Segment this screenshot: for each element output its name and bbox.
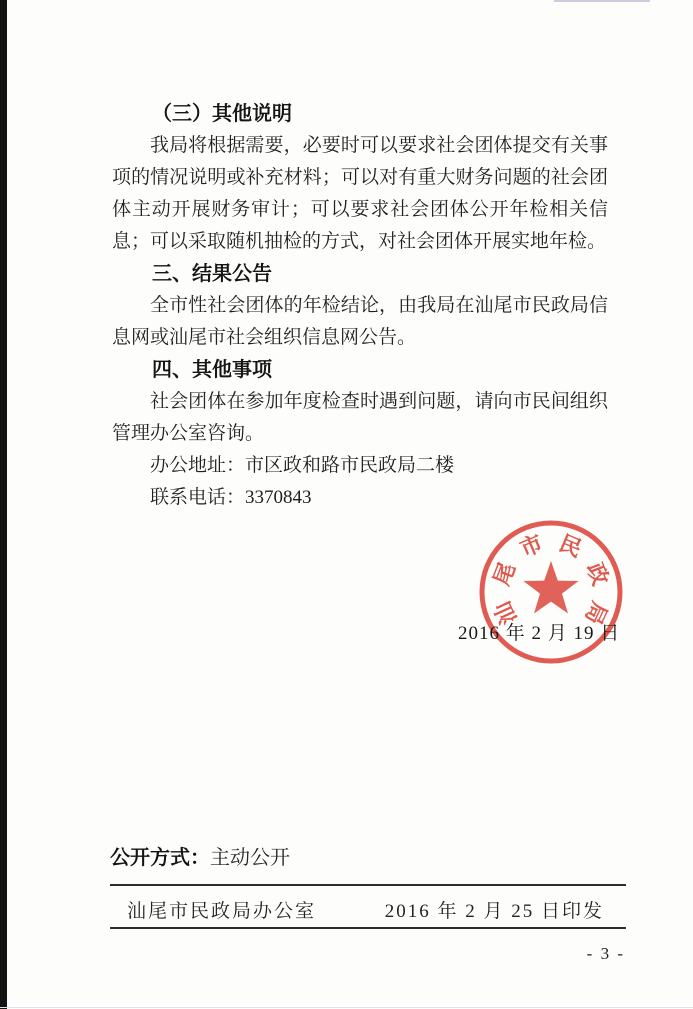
seal-char: 政 bbox=[582, 559, 613, 589]
section-heading-other-notes: （三）其他说明 bbox=[112, 98, 608, 130]
footer-row: 汕尾市民政局办公室 2016 年 2 月 25 日印发 bbox=[110, 892, 626, 926]
paragraph-other-notes: 我局将根据需要，必要时可以要求社会团体提交有关事项的情况说明或补充材料；可以对有… bbox=[112, 130, 608, 258]
footer-issuer: 汕尾市民政局办公室 bbox=[110, 896, 316, 923]
footer-divider-top bbox=[110, 884, 626, 886]
seal-char: 市 bbox=[516, 530, 546, 562]
page-number: - 3 - bbox=[587, 944, 625, 964]
office-address-line: 办公地址：市区政和路市民政局二楼 bbox=[112, 450, 608, 482]
publish-method-label: 公开方式： bbox=[110, 847, 210, 869]
paragraph-results: 全市性社会团体的年检结论，由我局在汕尾市民政局信息网或汕尾市社会组织信息网公告。 bbox=[112, 290, 608, 354]
document-page: （三）其他说明 我局将根据需要，必要时可以要求社会团体提交有关事项的情况说明或补… bbox=[0, 0, 693, 1009]
footer-print-date: 2016 年 2 月 25 日印发 bbox=[385, 896, 626, 923]
contact-phone-line: 联系电话：3370843 bbox=[112, 482, 608, 514]
sign-date: 2016 年 2 月 19 日 bbox=[458, 618, 620, 645]
seal-char: 尾 bbox=[489, 559, 520, 589]
document-body: （三）其他说明 我局将根据需要，必要时可以要求社会团体提交有关事项的情况说明或补… bbox=[112, 98, 608, 514]
paragraph-misc: 社会团体在参加年度检查时遇到问题，请向市民间组织管理办公室咨询。 bbox=[112, 386, 608, 450]
scan-edge-bar bbox=[0, 0, 7, 1009]
scan-top-edge bbox=[554, 0, 650, 2]
star-icon bbox=[523, 561, 578, 614]
publish-method-value: 主动公开 bbox=[210, 847, 290, 869]
footer-divider-bottom bbox=[110, 927, 626, 929]
scan-bottom-edge bbox=[0, 1007, 693, 1008]
publish-method-line: 公开方式：主动公开 bbox=[110, 841, 290, 870]
seal-char: 民 bbox=[556, 530, 586, 562]
section-heading-misc: 四、其他事项 bbox=[112, 354, 608, 386]
section-heading-results: 三、结果公告 bbox=[112, 258, 608, 290]
